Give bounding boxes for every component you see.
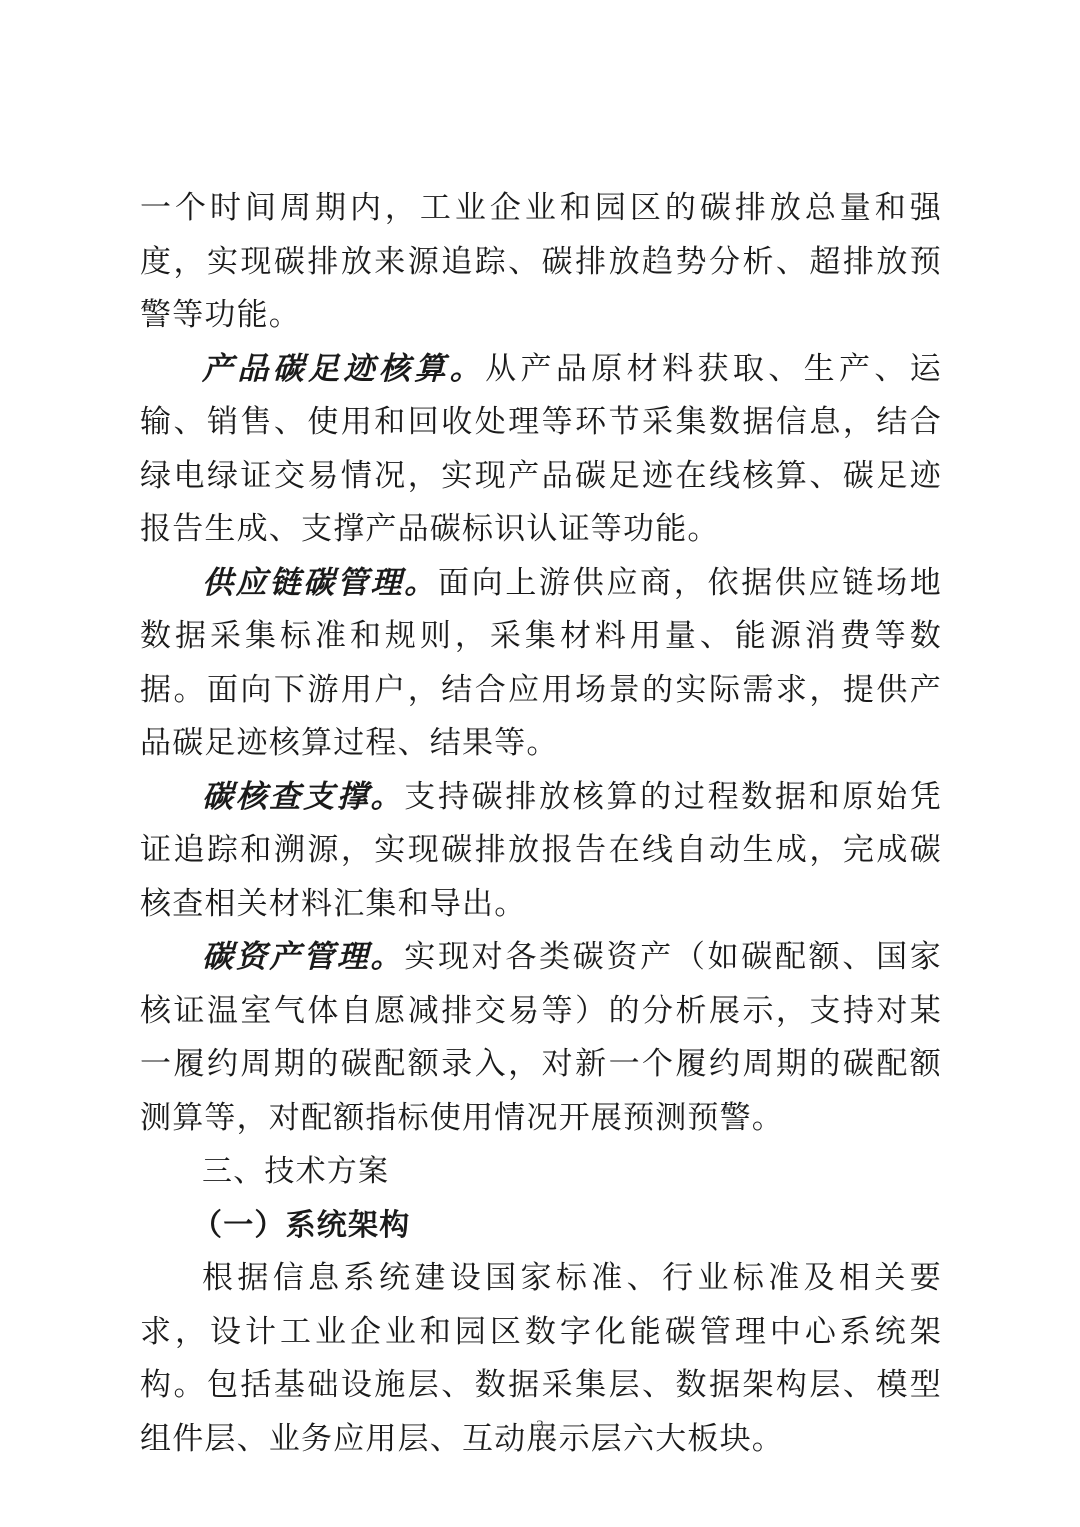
subsection-heading: （一）系统架构 [140,1199,942,1253]
paragraph-lead-heading: 碳资产管理。 [202,939,404,975]
document-page: 一个时间周期内，工业企业和园区的碳排放总量和强度，实现碳排放来源追踪、碳排放趋势… [140,182,942,1466]
page-number: 3 [0,1418,1080,1435]
paragraph-lead-heading: 供应链碳管理。 [202,565,438,601]
paragraph-lead-heading: 产品碳足迹核算。 [202,351,485,387]
paragraph-lead-heading: 碳核查支撑。 [202,779,404,815]
paragraph-carbon-asset-management: 碳资产管理。实现对各类碳资产（如碳配额、国家核证温室气体自愿减排交易等）的分析展… [140,931,942,1145]
paragraph-text: 一个时间周期内，工业企业和园区的碳排放总量和强度，实现碳排放来源追踪、碳排放趋势… [140,190,942,333]
paragraph-supply-chain-carbon: 供应链碳管理。面向上游供应商，依据供应链场地数据采集标准和规则，采集材料用量、能… [140,557,942,771]
paragraph-carbon-verification: 碳核查支撑。支持碳排放核算的过程数据和原始凭证追踪和溯源，实现碳排放报告在线自动… [140,771,942,932]
section-heading: 三、技术方案 [140,1145,942,1199]
paragraph-product-carbon-footprint: 产品碳足迹核算。从产品原材料获取、生产、运输、销售、使用和回收处理等环节采集数据… [140,343,942,557]
paragraph-carbon-emission-continuation: 一个时间周期内，工业企业和园区的碳排放总量和强度，实现碳排放来源追踪、碳排放趋势… [140,182,942,343]
